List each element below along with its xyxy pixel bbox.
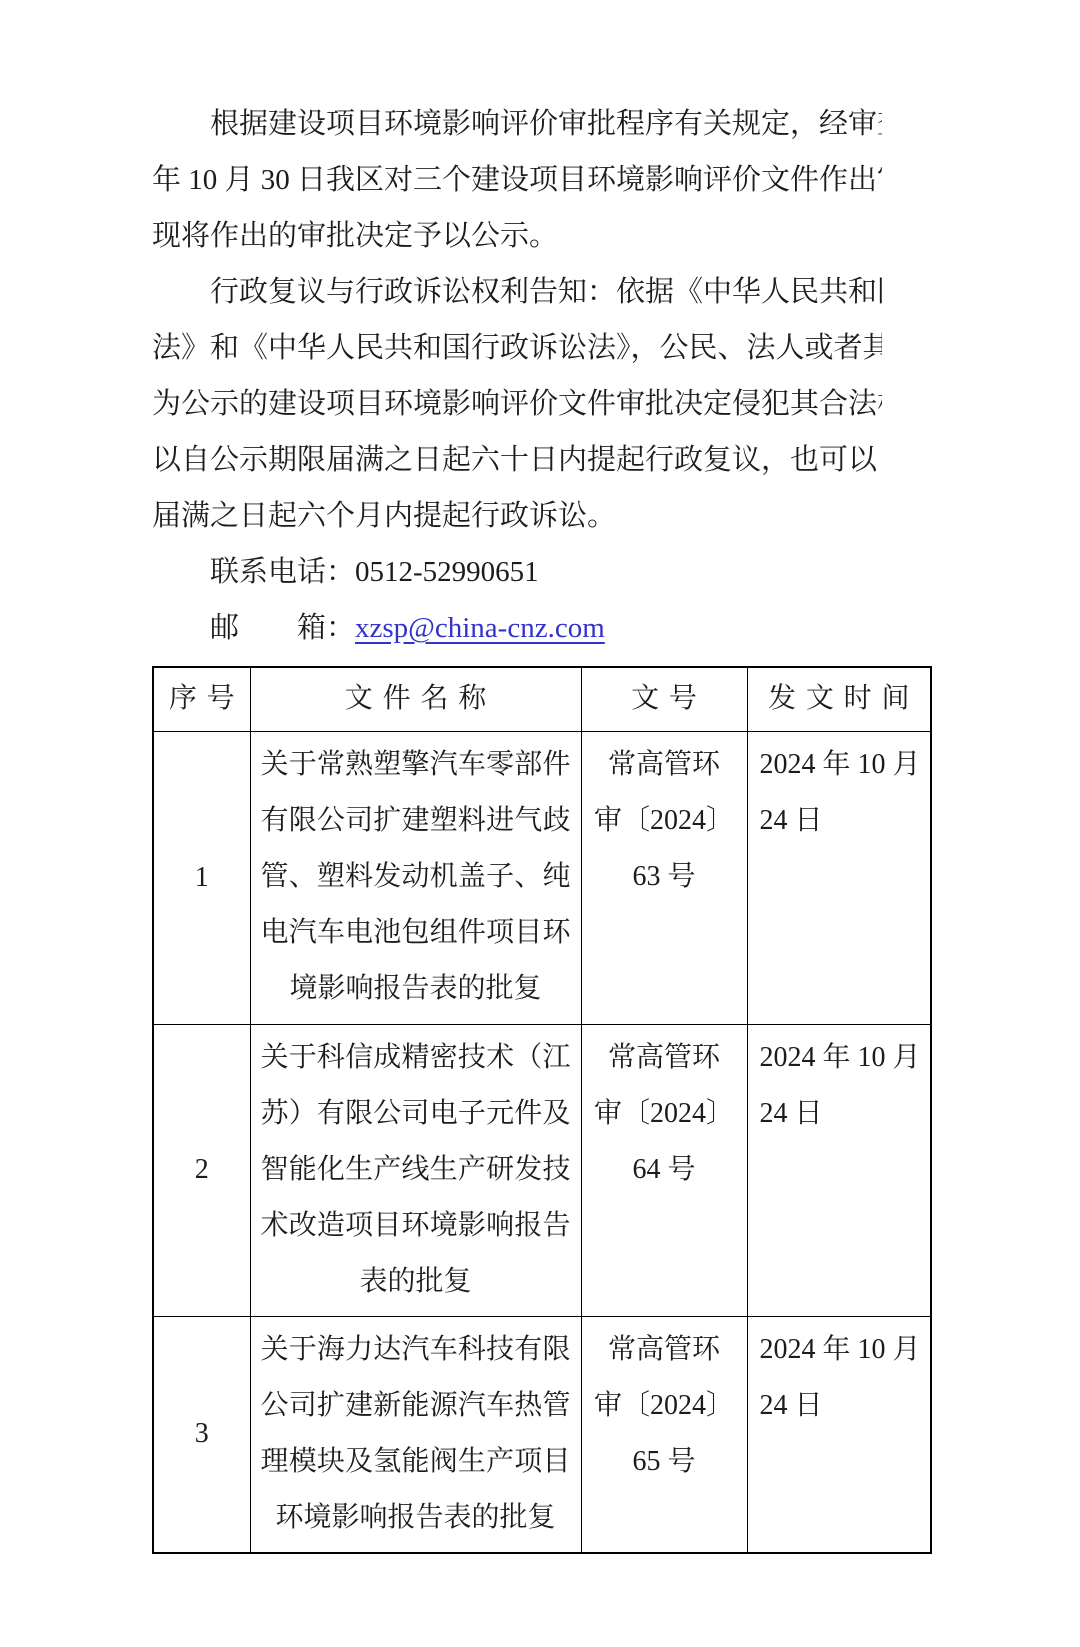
- document-name-line: 苏）有限公司电子元件及: [251, 1086, 581, 1142]
- issue-date-line: 24 日: [748, 1378, 931, 1434]
- issue-date-line: 2024 年 10 月: [748, 1030, 931, 1086]
- phone-label: 联系电话：: [210, 556, 355, 588]
- paragraph-line: 为公示的建设项目环境影响评价文件审批决定侵犯其合法权益的，可: [152, 376, 882, 432]
- document-number-cell: 常高管环审〔2024〕65 号: [581, 1316, 747, 1553]
- document-name-cell: 关于科信成精密技术（江苏）有限公司电子元件及智能化生产线生产研发技术改造项目环境…: [250, 1024, 581, 1316]
- paragraph-line: 行政复议与行政诉讼权利告知：依据《中华人民共和国行政复议: [152, 264, 882, 320]
- issue-date-cell: 2024 年 10 月24 日: [747, 731, 931, 1024]
- document-number-line: 63 号: [582, 849, 747, 905]
- document-name-line: 有限公司扩建塑料进气歧: [251, 793, 581, 849]
- document-number-line: 常高管环: [582, 1030, 747, 1086]
- document-name-line: 术改造项目环境影响报告: [251, 1198, 581, 1254]
- issue-date-cell: 2024 年 10 月24 日: [747, 1316, 931, 1553]
- document-name-line: 关于海力达汽车科技有限: [251, 1322, 581, 1378]
- table-header-row: 序号 文件名称 文号 发文时间: [153, 667, 931, 731]
- serial-cell: 2: [153, 1024, 250, 1316]
- document-number-line: 常高管环: [582, 1322, 747, 1378]
- paragraph-line: 届满之日起六个月内提起行政诉讼。: [152, 488, 882, 544]
- document-name-line: 管、塑料发动机盖子、纯: [251, 849, 581, 905]
- header-document-number: 文号: [581, 667, 747, 731]
- serial-cell: 1: [153, 731, 250, 1024]
- paragraph-line: 以自公示期限届满之日起六十日内提起行政复议，也可以自公示期限: [152, 432, 882, 488]
- document-name-line: 公司扩建新能源汽车热管: [251, 1378, 581, 1434]
- document-number-line: 64 号: [582, 1142, 747, 1198]
- approval-table: 序号 文件名称 文号 发文时间 1 关于常熟塑擎汽车零部件有限公司扩建塑料进气歧…: [152, 666, 932, 1554]
- document-number-line: 审〔2024〕: [582, 793, 747, 849]
- document-number-line: 审〔2024〕: [582, 1086, 747, 1142]
- issue-date-line: 2024 年 10 月: [748, 737, 931, 793]
- paragraph-line: 法》和《中华人民共和国行政诉讼法》，公民、法人或者其他组织认: [152, 320, 882, 376]
- paragraph-line: 年 10 月 30 日我区对三个建设项目环境影响评价文件作出审批决定。: [152, 152, 882, 208]
- issue-date-line: 24 日: [748, 1086, 931, 1142]
- document-name-line: 境影响报告表的批复: [251, 961, 581, 1017]
- table-row-1: 1 关于常熟塑擎汽车零部件有限公司扩建塑料进气歧管、塑料发动机盖子、纯电汽车电池…: [153, 731, 931, 1024]
- table-row-2: 2 关于科信成精密技术（江苏）有限公司电子元件及智能化生产线生产研发技术改造项目…: [153, 1024, 931, 1316]
- serial-cell: 3: [153, 1316, 250, 1553]
- document-number-line: 审〔2024〕: [582, 1378, 747, 1434]
- email-label: 邮 箱：: [210, 612, 355, 644]
- document-name-line: 理模块及氢能阀生产项目: [251, 1434, 581, 1490]
- paragraph-rights-notice: 行政复议与行政诉讼权利告知：依据《中华人民共和国行政复议法》和《中华人民共和国行…: [152, 264, 882, 544]
- document-name-cell: 关于海力达汽车科技有限公司扩建新能源汽车热管理模块及氢能阀生产项目环境影响报告表…: [250, 1316, 581, 1553]
- contact-email-line: 邮 箱：xzsp@china-cnz.com: [152, 600, 882, 656]
- paragraph-approval-announcement: 根据建设项目环境影响评价审批程序有关规定，经审查，2024年 10 月 30 日…: [152, 96, 882, 264]
- issue-date-cell: 2024 年 10 月24 日: [747, 1024, 931, 1316]
- header-document-name: 文件名称: [250, 667, 581, 731]
- document-number-cell: 常高管环审〔2024〕63 号: [581, 731, 747, 1024]
- header-issue-date: 发文时间: [747, 667, 931, 731]
- page: 根据建设项目环境影响评价审批程序有关规定，经审查，2024年 10 月 30 日…: [0, 0, 1080, 1647]
- document-number-cell: 常高管环审〔2024〕64 号: [581, 1024, 747, 1316]
- header-serial-number: 序号: [153, 667, 250, 731]
- issue-date-line: 24 日: [748, 793, 931, 849]
- email-link[interactable]: xzsp@china-cnz.com: [355, 612, 605, 644]
- document-name-line: 关于科信成精密技术（江: [251, 1030, 581, 1086]
- document-name-line: 环境影响报告表的批复: [251, 1490, 581, 1546]
- document-name-line: 关于常熟塑擎汽车零部件: [251, 737, 581, 793]
- paragraph-line: 根据建设项目环境影响评价审批程序有关规定，经审查，2024: [152, 96, 882, 152]
- phone-number: 0512-52990651: [355, 556, 539, 588]
- document-name-line: 表的批复: [251, 1254, 581, 1310]
- table-row-3: 3 关于海力达汽车科技有限公司扩建新能源汽车热管理模块及氢能阀生产项目环境影响报…: [153, 1316, 931, 1553]
- document-name-cell: 关于常熟塑擎汽车零部件有限公司扩建塑料进气歧管、塑料发动机盖子、纯电汽车电池包组…: [250, 731, 581, 1024]
- document-name-line: 电汽车电池包组件项目环: [251, 905, 581, 961]
- issue-date-line: 2024 年 10 月: [748, 1322, 931, 1378]
- document-number-line: 65 号: [582, 1434, 747, 1490]
- contact-phone-line: 联系电话：0512-52990651: [152, 544, 882, 600]
- document-body: 根据建设项目环境影响评价审批程序有关规定，经审查，2024年 10 月 30 日…: [152, 96, 882, 1554]
- document-number-line: 常高管环: [582, 737, 747, 793]
- paragraph-line: 现将作出的审批决定予以公示。: [152, 208, 882, 264]
- document-name-line: 智能化生产线生产研发技: [251, 1142, 581, 1198]
